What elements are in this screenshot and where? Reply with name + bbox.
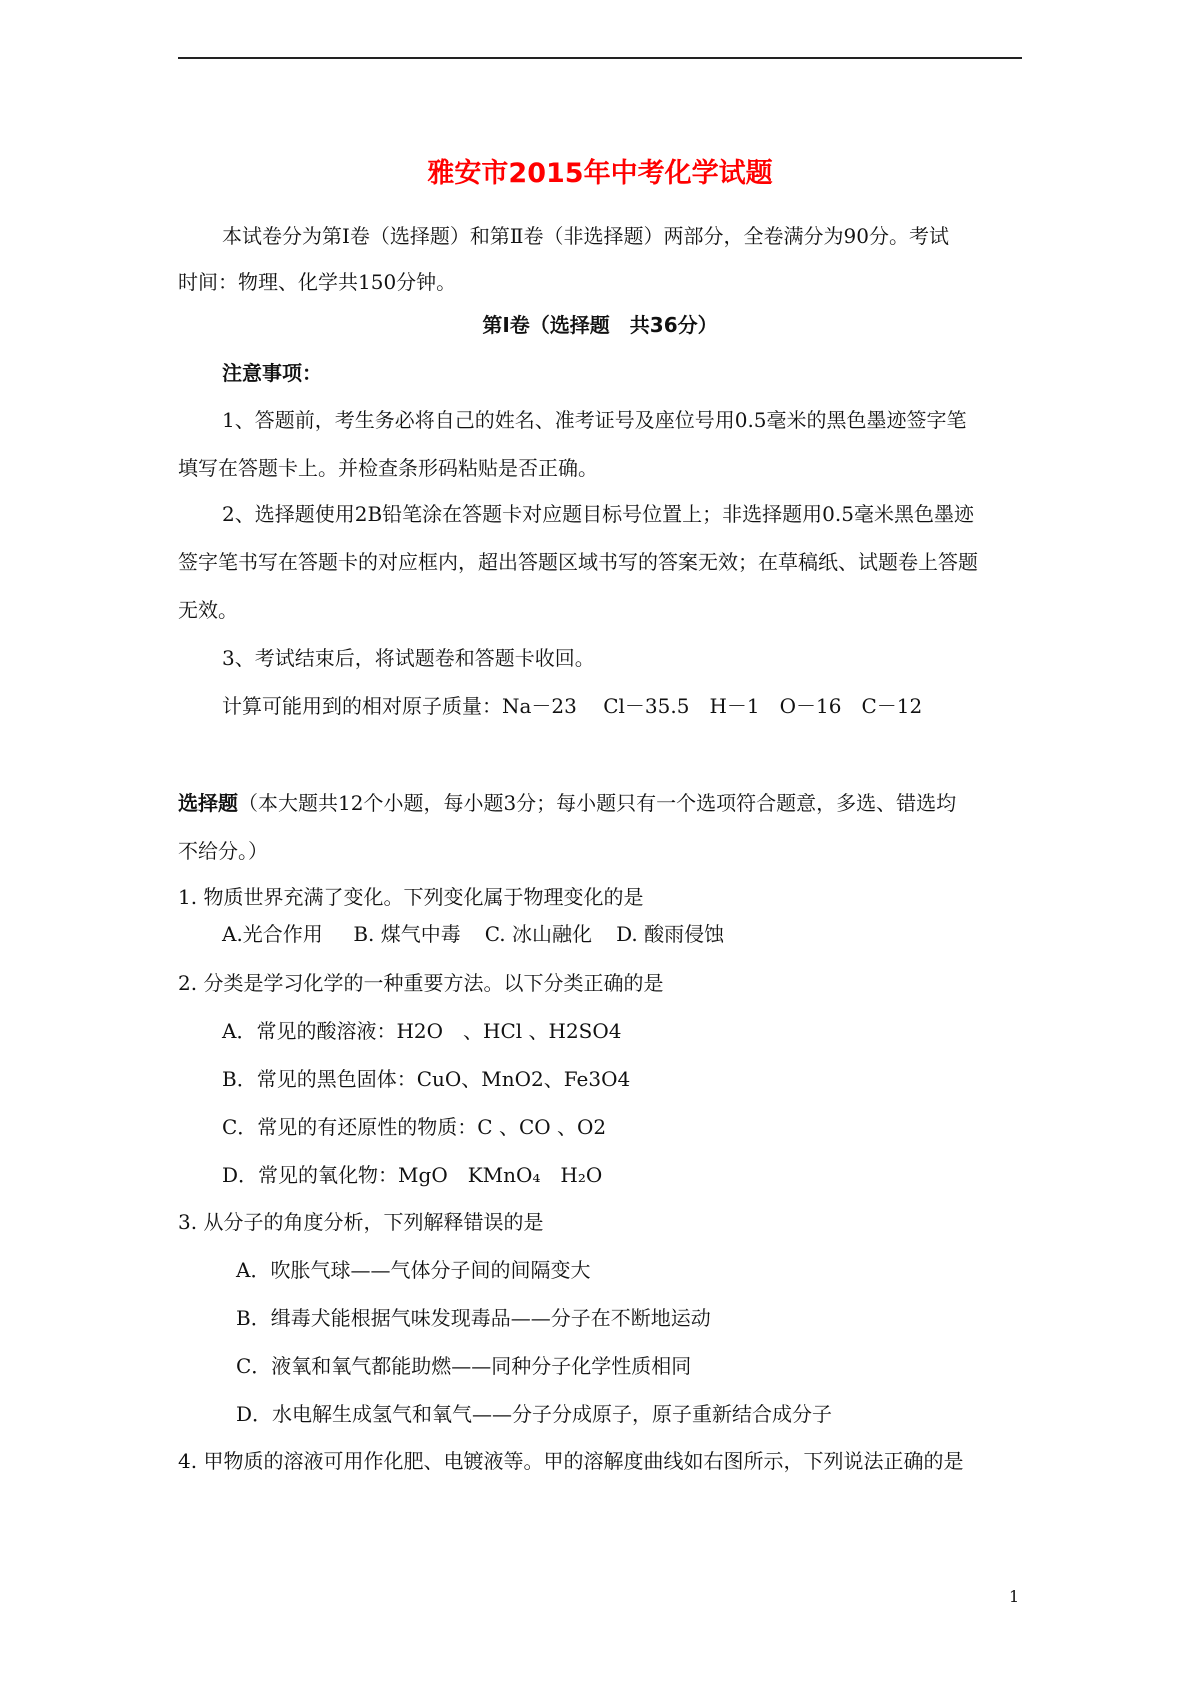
- header-rule: [178, 57, 1022, 59]
- question-4-stem: 4. 甲物质的溶液可用作化肥、电镀液等。甲的溶解度曲线如右图所示，下列说法正确的…: [178, 1448, 1038, 1474]
- question-2-option-a: A．常见的酸溶液：H2O 、HCl 、H2SO4: [222, 1018, 1082, 1044]
- intro-line-2: 时间：物理、化学共150分钟。: [178, 269, 1038, 295]
- question-2-stem: 2. 分类是学习化学的一种重要方法。以下分类正确的是: [178, 970, 1038, 996]
- choice-section-desc: （本大题共12个小题，每小题3分；每小题只有一个选项符合题意，多选、错选均: [238, 791, 956, 815]
- question-2-option-c: C．常见的有还原性的物质：C 、CO 、O2: [222, 1114, 1082, 1140]
- notice-item-2-line-2: 签字笔书写在答题卡的对应框内，超出答题区域书写的答案无效；在草稿纸、试题卷上答题: [178, 549, 1038, 575]
- question-1-option-b: B. 煤气中毒: [353, 921, 478, 947]
- question-1-stem: 1. 物质世界充满了变化。下列变化属于物理变化的是: [178, 884, 1038, 910]
- notice-item-1-line-2: 填写在答题卡上。并检查条形码粘贴是否正确。: [178, 455, 1038, 481]
- choice-section-label: 选择题: [178, 791, 238, 815]
- page-number: 1: [1009, 1587, 1019, 1606]
- notice-item-2-line-1: 2、选择题使用2B铅笔涂在答题卡对应题目标号位置上；非选择题用0.5毫米黑色墨迹: [222, 501, 1082, 527]
- atomic-masses: 计算可能用到的相对原子质量：Na－23 Cl－35.5 H－1 O－16 C－1…: [222, 693, 1082, 719]
- question-3-option-a: A．吹胀气球——气体分子间的间隔变大: [236, 1257, 1096, 1283]
- question-1-option-d: D. 酸雨侵蚀: [616, 921, 724, 947]
- question-1-option-c: C. 冰山融化: [485, 921, 610, 947]
- question-1-options: A.光合作用 B. 煤气中毒 C. 冰山融化 D. 酸雨侵蚀: [222, 921, 1082, 947]
- notice-item-2-line-3: 无效。: [178, 597, 1038, 623]
- section-heading: 第Ⅰ卷（选择题 共36分）: [178, 312, 1022, 338]
- page-title: 雅安市2015年中考化学试题: [178, 158, 1022, 190]
- question-3-option-b: B．缉毒犬能根据气味发现毒品——分子在不断地运动: [236, 1305, 1096, 1331]
- question-3-option-c: C．液氧和氧气都能助燃——同种分子化学性质相同: [236, 1353, 1096, 1379]
- question-3-option-d: D．水电解生成氢气和氧气——分子分成原子，原子重新结合成分子: [236, 1401, 1096, 1427]
- question-1-option-a: A.光合作用: [222, 921, 347, 947]
- notice-item-1-line-1: 1、答题前，考生务必将自己的姓名、准考证号及座位号用0.5毫米的黑色墨迹签字笔: [222, 407, 1082, 433]
- question-2-option-d: D．常见的氧化物：MgO KMnO₄ H₂O: [222, 1162, 1082, 1188]
- notice-heading: 注意事项：: [222, 360, 1082, 386]
- choice-section-line-2: 不给分。）: [178, 838, 1038, 864]
- intro-line-1: 本试卷分为第Ⅰ卷（选择题）和第Ⅱ卷（非选择题）两部分，全卷满分为90分。考试: [222, 223, 1082, 249]
- choice-section-line-1: 选择题（本大题共12个小题，每小题3分；每小题只有一个选项符合题意，多选、错选均: [178, 790, 1038, 816]
- question-2-option-b: B．常见的黑色固体：CuO、MnO2、Fe3O4: [222, 1066, 1082, 1092]
- question-3-stem: 3. 从分子的角度分析，下列解释错误的是: [178, 1209, 1038, 1235]
- notice-item-3: 3、考试结束后，将试题卷和答题卡收回。: [222, 645, 1082, 671]
